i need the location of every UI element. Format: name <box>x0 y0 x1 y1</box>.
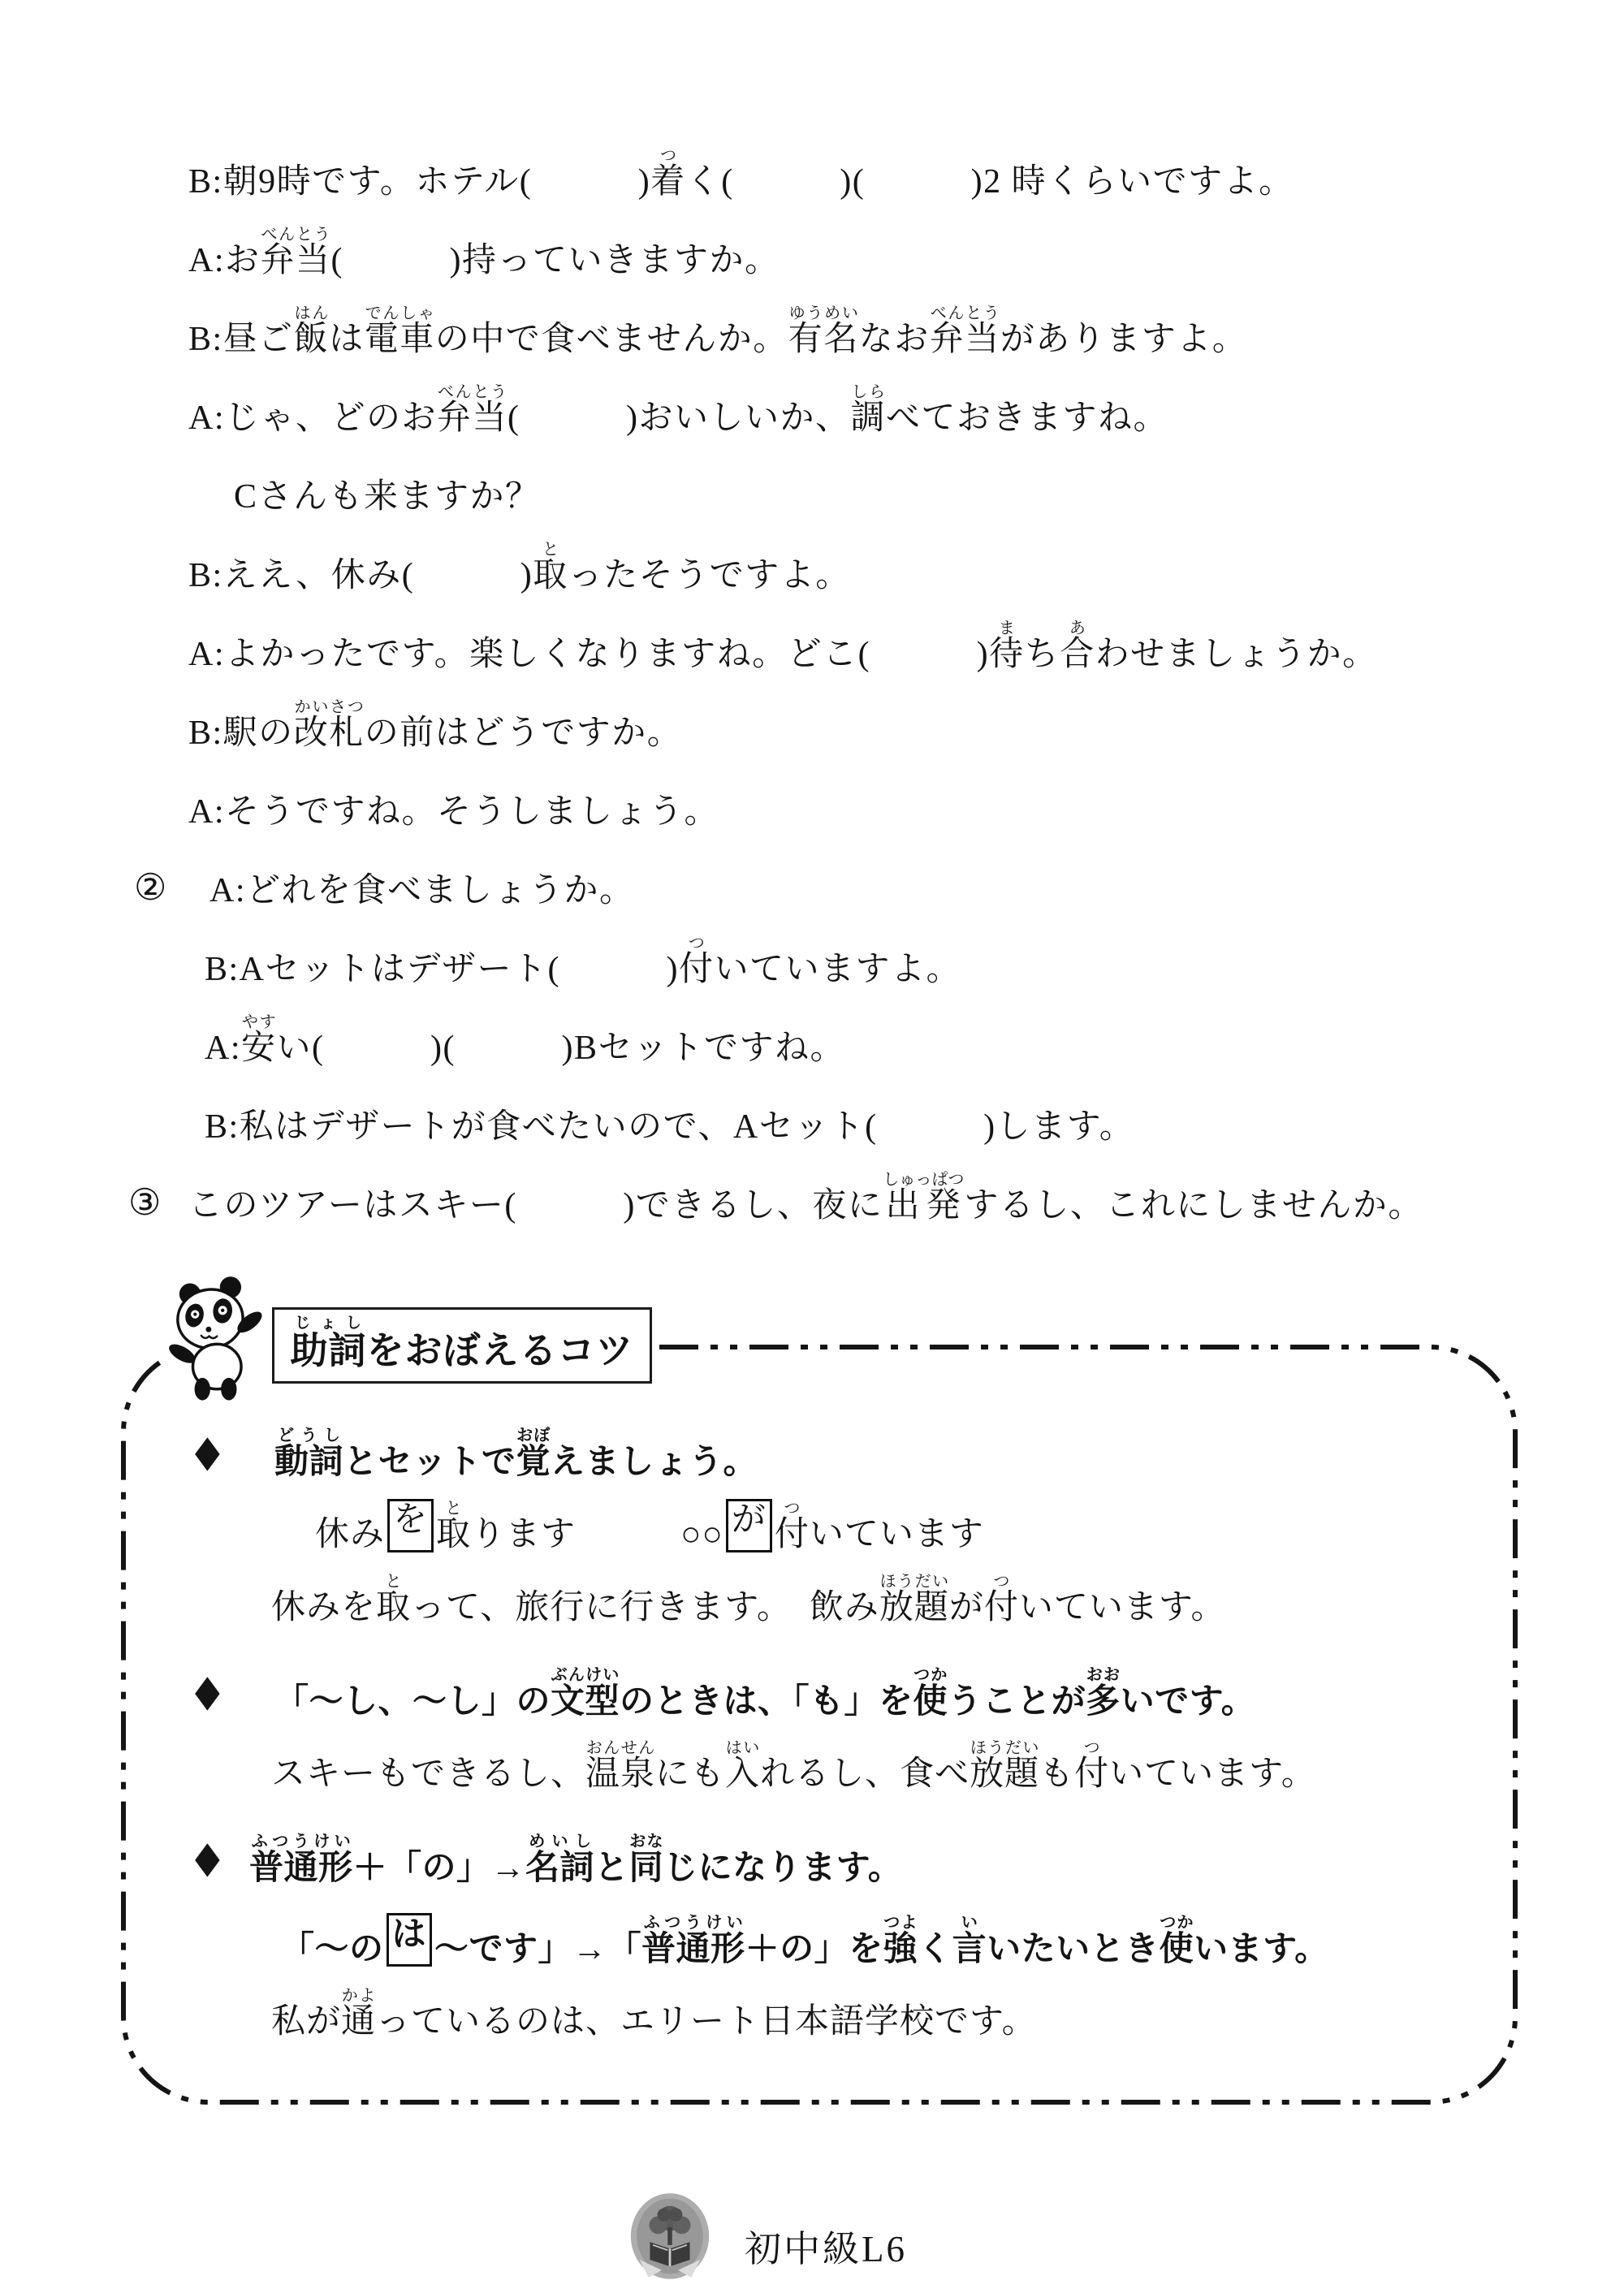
text-run: 「～し、～し」の <box>274 1683 551 1719</box>
text-run: ○○ <box>680 1517 723 1552</box>
text-run: とセットで <box>343 1444 516 1479</box>
tip-example-line: スキーもできるし、温泉おんせんにも入はいれるし、食べ放題ほうだいも付ついています… <box>0 1719 1624 1792</box>
text-run: いています。 <box>1019 1590 1226 1626</box>
text-run: A:よかったです。楽しくなりますね。どこ( ) <box>188 637 989 673</box>
text-run: 「～の <box>280 1931 384 1967</box>
text-run <box>576 1517 680 1552</box>
text-run: をおぼえるコツ <box>367 1329 634 1371</box>
ruby-word: 弁当べんとう <box>437 383 508 437</box>
dialogue-line: A:よかったです。楽しくなりますね。どこ( )待まち合あわせましょうか。 <box>0 594 1624 673</box>
worksheet-page: { "dialogue": { "rows": [ {"ind":"a","se… <box>0 0 1624 2293</box>
text-run: います。 <box>1194 1931 1329 1967</box>
ruby-word: 合あ <box>1060 620 1095 673</box>
ruby-word: 同おな <box>629 1833 664 1885</box>
dialogue-line: B:朝9時です。ホテル( )着つく( )( )2 時くらいですよ。 <box>0 122 1624 201</box>
text-run: の前はどうですか。 <box>365 715 683 752</box>
text-run: B:ええ、休み( ) <box>188 558 533 594</box>
ruby-word: 動詞どうし <box>274 1427 343 1479</box>
text-run: く( )( )2 時くらいですよ。 <box>686 164 1294 201</box>
text-run: ( )持っていきますか。 <box>331 243 780 279</box>
text-run: A:そうですね。そうしましょう。 <box>188 794 719 831</box>
text-run: い( )( )Bセットですね。 <box>277 1030 845 1067</box>
ruby-word: 出発しゅっぱつ <box>883 1171 964 1224</box>
ruby-word: 放題ほうだい <box>879 1573 949 1626</box>
text-run: わせましょうか。 <box>1095 637 1378 673</box>
text-run: も <box>1039 1756 1074 1792</box>
text-run: いています <box>810 1517 984 1552</box>
text-run: 休み <box>315 1517 385 1552</box>
ruby-word: 強つよ <box>883 1914 918 1967</box>
text-run: が <box>949 1590 984 1626</box>
ruby-word: 文型ぶんけい <box>551 1666 620 1719</box>
text-run: B:駅の <box>188 715 294 752</box>
ruby-word: 取と <box>376 1573 411 1626</box>
dialogue-line: A:じゃ、どのお弁当べんとう( )おいしいか、調しらべておきますね。 <box>0 358 1624 437</box>
tip-example-line: 休みを取とって、旅行に行きます。 飲み放題ほうだいが付ついています。 <box>0 1552 1624 1626</box>
dialogue-line: ②A:どれを食べましょうか。 <box>0 831 1624 909</box>
tips-rows: ◆動詞どうしとセットで覚おぼえましょう。休みを取とります ○○が付ついています休… <box>0 1406 1624 2040</box>
text-run: B:Aセットはデザート( ) <box>205 952 679 988</box>
text-run: べておきますね。 <box>886 400 1168 437</box>
dialogue-line: B:昼ご飯はんは電車でんしゃの中で食べませんか。有名ゆうめいなお弁当べんとうがあ… <box>0 279 1624 358</box>
ruby-word: 有名ゆうめい <box>788 304 859 358</box>
footer-level-label: 初中級L6 <box>745 2219 907 2272</box>
panda-mascot-icon <box>161 1275 276 1413</box>
text-run: って、旅行に行きます。 飲み <box>411 1590 879 1626</box>
dialogue-line: B:ええ、休み( )取とったそうですよ。 <box>0 516 1624 594</box>
text-run: の中で食べませんか。 <box>435 322 788 358</box>
ruby-word: 通かよ <box>341 1987 376 2040</box>
dialogue-line: B:駅の改札かいさつの前はどうですか。 <box>0 673 1624 752</box>
boxed-particle: は <box>387 1913 433 1967</box>
text-run: えましょう。 <box>551 1444 758 1479</box>
text-run: B:昼ご <box>188 322 294 358</box>
ruby-word: 弁当べんとう <box>930 304 1000 358</box>
ruby-word: 着つ <box>650 147 686 201</box>
text-run: A:お <box>188 243 261 279</box>
text-run: うことが <box>948 1683 1086 1719</box>
tips-title-box: 助詞じょしをおぼえるコツ <box>272 1307 652 1384</box>
text-run: A:じゃ、どのお <box>188 400 437 437</box>
ruby-word: 改札かいさつ <box>294 698 365 752</box>
ruby-word: 取と <box>436 1500 471 1552</box>
text-run: っているのは、エリート日本語学校です。 <box>376 2004 1037 2040</box>
text-run: ち <box>1025 637 1060 673</box>
tip-bullet-line: ◆普通形ふつうけい＋「の」→名詞めいしと同おなじになります。 <box>0 1812 1624 1885</box>
ruby-word: 電車でんしゃ <box>365 304 435 358</box>
text-run: するし、これにしませんか。 <box>964 1188 1423 1224</box>
ruby-word: 取と <box>533 541 568 594</box>
text-run: ～です」→「 <box>434 1931 641 1967</box>
school-logo-icon <box>629 2191 710 2282</box>
ruby-word: 付つ <box>984 1573 1019 1626</box>
section-marker: ③ <box>128 1183 161 1223</box>
text-run: A:どれを食べましょうか。 <box>209 873 635 909</box>
text-run: いていますよ。 <box>715 952 962 988</box>
text-run: A: <box>205 1030 241 1067</box>
tip-bullet-line: ◆動詞どうしとセットで覚おぼえましょう。 <box>0 1406 1624 1479</box>
text-run: がありますよ。 <box>1000 322 1248 358</box>
ruby-word: 入はい <box>725 1739 760 1792</box>
text-run: ( )おいしいか、 <box>508 400 850 437</box>
ruby-word: 飯はん <box>294 304 330 358</box>
text-run: と <box>594 1850 629 1885</box>
text-run: は <box>329 322 365 358</box>
text-run: ＋「の」→ <box>353 1850 526 1885</box>
ruby-word: 温泉おんせん <box>585 1739 655 1792</box>
text-run: なお <box>859 322 930 358</box>
text-run: このツアーはスキー( )できるし、夜に <box>188 1188 883 1224</box>
ruby-word: 付つ <box>775 1500 810 1552</box>
text-run: ります <box>471 1517 576 1552</box>
text-run: いです。 <box>1121 1683 1256 1719</box>
text-run: B:私はデザートが食べたいので、Aセット( )します。 <box>205 1109 1134 1146</box>
dialogue-line: B:Aセットはデザート( )付ついていますよ。 <box>0 909 1624 988</box>
text-run: 休みを <box>271 1590 376 1626</box>
text-run: いています。 <box>1109 1756 1316 1792</box>
ruby-word: 調しら <box>851 383 887 437</box>
text-run: れるし、食べ <box>760 1756 970 1792</box>
section-marker: ② <box>134 868 166 908</box>
ruby-word: 付つ <box>679 935 715 988</box>
ruby-word: 放題ほうだい <box>970 1739 1039 1792</box>
ruby-word: 助詞じょし <box>291 1329 367 1371</box>
dialogue-line: B:私はデザートが食べたいので、Aセット( )します。 <box>0 1067 1624 1146</box>
text-run: Cさんも来ますか？ <box>234 479 541 516</box>
boxed-particle: を <box>387 1499 434 1552</box>
ruby-word: 名詞めいし <box>525 1833 594 1885</box>
text-run: のときは、「も」を <box>620 1683 914 1719</box>
text-run: く <box>918 1931 952 1967</box>
text-run: いたいとき <box>987 1931 1160 1967</box>
ruby-word: 覚おぼ <box>516 1427 551 1479</box>
text-run: スキーもできるし、 <box>271 1756 585 1792</box>
ruby-word: 多おお <box>1086 1666 1121 1719</box>
ruby-word: 普通形ふつうけい <box>641 1914 745 1967</box>
dialogue-line: Cさんも来ますか？ <box>0 437 1624 516</box>
ruby-word: 使つか <box>1160 1914 1194 1967</box>
text-run: にも <box>655 1756 725 1792</box>
tips-title: 助詞じょしをおぼえるコツ <box>291 1315 634 1375</box>
boxed-particle: が <box>726 1499 772 1552</box>
dialogue-line: A:お弁当べんとう( )持っていきますか。 <box>0 201 1624 279</box>
text-run: ったそうですよ。 <box>568 558 851 594</box>
tip-example-line: 休みを取とります ○○が付ついています <box>0 1479 1624 1552</box>
diamond-bullet-icon: ◆ <box>195 1834 220 1881</box>
diamond-bullet-icon: ◆ <box>195 1428 220 1475</box>
text-run: じになります。 <box>663 1850 902 1885</box>
ruby-word: 使つか <box>914 1666 948 1719</box>
ruby-word: 普通形ふつうけい <box>249 1833 353 1885</box>
text-run: 私が <box>271 2004 341 2040</box>
dialogue-section: B:朝9時です。ホテル( )着つく( )( )2 時くらいですよ。A:お弁当べん… <box>0 0 1624 1224</box>
diamond-bullet-icon: ◆ <box>195 1668 220 1714</box>
dialogue-line: A:安やすい( )( )Bセットですね。 <box>0 988 1624 1067</box>
text-run: B:朝9時です。ホテル( ) <box>188 164 650 201</box>
dialogue-line: A:そうですね。そうしましょう。 <box>0 752 1624 831</box>
ruby-word: 付つ <box>1074 1739 1109 1792</box>
ruby-word: 安やす <box>241 1013 277 1067</box>
dialogue-line: ③このツアーはスキー( )できるし、夜に出発しゅっぱつするし、これにしませんか。 <box>0 1146 1624 1224</box>
ruby-word: 待ま <box>989 620 1025 673</box>
tip-example-line: 私が通かよっているのは、エリート日本語学校です。 <box>0 1967 1624 2040</box>
tip-bullet-line: ◆「～し、～し」の文型ぶんけいのときは、「も」を使つかうことが多おおいです。 <box>0 1646 1624 1719</box>
ruby-word: 言い <box>952 1914 987 1967</box>
tip-example-line: 「～のは～です」→「普通形ふつうけい＋の」を強つよく言いいたいとき使つかいます。 <box>0 1894 1624 1967</box>
text-run: ＋の」を <box>745 1931 883 1967</box>
ruby-word: 弁当べんとう <box>261 226 331 279</box>
